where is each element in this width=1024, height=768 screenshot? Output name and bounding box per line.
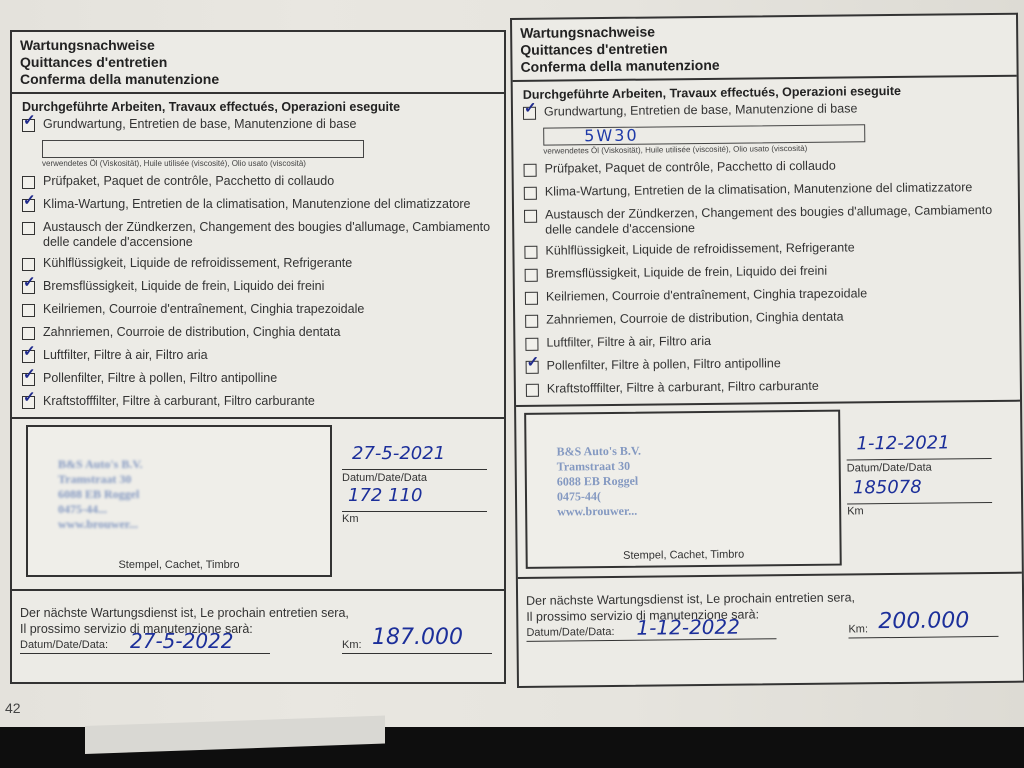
work-item: Keilriemen, Courroie d'entraînement, Cin…	[525, 285, 1019, 305]
work-item: Keilriemen, Courroie d'entraînement, Cin…	[22, 302, 504, 317]
next-km-label: Km:	[848, 623, 868, 635]
checkbox[interactable]	[22, 327, 35, 340]
work-item: Klima-Wartung, Entretien de la climatisa…	[22, 197, 504, 212]
work-item: Zahnriemen, Courroie de distribution, Ci…	[525, 308, 1019, 328]
oil-caption: verwendetes Öl (Viskosität), Huile utili…	[42, 159, 504, 168]
checkbox[interactable]	[22, 222, 35, 235]
dealer-stamp: B&S Auto's B.V.Tramstraat 306088 EB Rogg…	[556, 444, 641, 520]
work-item-label: Pollenfilter, Filtre à pollen, Filtro an…	[547, 356, 781, 373]
checkbox[interactable]	[525, 315, 538, 328]
form-title: Wartungsnachweise Quittances d'entretien…	[512, 15, 1017, 82]
checkbox[interactable]	[523, 107, 536, 120]
work-item-label: Grundwartung, Entretien de base, Manuten…	[43, 117, 356, 132]
work-item-label: Prüfpaket, Paquet de contrôle, Pacchetto…	[545, 159, 836, 177]
work-item-label: Kraftstofffilter, Filtre à carburant, Fi…	[43, 394, 315, 409]
next-date-label: Datum/Date/Data:	[526, 626, 614, 639]
work-item-label: Luftfilter, Filtre à air, Filtro aria	[546, 334, 711, 351]
next-service-section: Der nächste Wartungsdienst ist, Le proch…	[12, 589, 504, 673]
title-fr: Quittances d'entretien	[20, 54, 496, 71]
oil-viscosity-value: 5W30	[584, 126, 639, 146]
next-date-label: Datum/Date/Data:	[20, 639, 108, 651]
form-title: Wartungsnachweise Quittances d'entretien…	[12, 32, 504, 94]
work-item-label: Austausch der Zündkerzen, Changement des…	[545, 203, 1018, 238]
title-de: Wartungsnachweise	[20, 37, 496, 54]
work-item: Bremsflüssigkeit, Liquide de frein, Liqu…	[22, 279, 504, 294]
checkbox[interactable]	[525, 292, 538, 305]
checkbox[interactable]	[22, 373, 35, 386]
checkbox[interactable]	[22, 176, 35, 189]
service-km[interactable]: 172 110	[348, 485, 422, 506]
work-item-label: Kühlflüssigkeit, Liquide de refroidissem…	[545, 240, 854, 258]
maintenance-record-card-1: Wartungsnachweise Quittances d'entretien…	[10, 30, 506, 684]
service-date[interactable]: 1-12-2021	[856, 432, 949, 454]
work-item: Austausch der Zündkerzen, Changement des…	[524, 203, 1018, 238]
work-item: Grundwartung, Entretien de base, Manuten…	[22, 117, 504, 132]
work-item: Kühlflüssigkeit, Liquide de refroidissem…	[22, 256, 504, 271]
work-item: Luftfilter, Filtre à air, Filtro aria	[22, 348, 504, 363]
work-item-label: Klima-Wartung, Entretien de la climatisa…	[545, 180, 973, 199]
next-km-line	[342, 653, 492, 654]
work-item-label: Kühlflüssigkeit, Liquide de refroidissem…	[43, 256, 352, 271]
work-item: Klima-Wartung, Entretien de la climatisa…	[524, 180, 1018, 200]
work-item: Luftfilter, Filtre à air, Filtro aria	[525, 331, 1019, 351]
checkbox[interactable]	[526, 384, 539, 397]
work-item-label: Grundwartung, Entretien de base, Manuten…	[544, 101, 858, 119]
checkbox[interactable]	[526, 361, 539, 374]
work-item-label: Prüfpaket, Paquet de contrôle, Pacchetto…	[43, 174, 334, 189]
checkbox[interactable]	[524, 246, 537, 259]
stamp-box: B&S Auto's B.V.Tramstraat 306088 EB Rogg…	[26, 425, 332, 577]
checkbox[interactable]	[22, 119, 35, 132]
stamp-section: B&S Auto's B.V.Tramstraat 306088 EB Rogg…	[516, 400, 1022, 577]
date-label: Datum/Date/Data	[847, 462, 932, 475]
date-line	[847, 458, 992, 461]
work-item-label: Zahnriemen, Courroie de distribution, Ci…	[546, 310, 844, 328]
date-label: Datum/Date/Data	[342, 472, 427, 484]
checkbox[interactable]	[524, 210, 537, 223]
work-item-label: Luftfilter, Filtre à air, Filtro aria	[43, 348, 208, 363]
checkbox[interactable]	[525, 338, 538, 351]
checkbox[interactable]	[22, 350, 35, 363]
page-number: 42	[5, 700, 21, 716]
work-item-label: Kraftstofffilter, Filtre à carburant, Fi…	[547, 379, 819, 397]
checkbox[interactable]	[524, 187, 537, 200]
work-item: Kraftstofffilter, Filtre à carburant, Fi…	[526, 377, 1020, 397]
work-item-label: Keilriemen, Courroie d'entraînement, Cin…	[546, 286, 867, 304]
next-date-line	[20, 653, 270, 654]
title-it: Conferma della manutenzione	[20, 71, 496, 88]
next-service-km[interactable]: 187.000	[372, 625, 463, 650]
service-km[interactable]: 185078	[853, 477, 922, 499]
next-service-date[interactable]: 27-5-2022	[130, 629, 234, 653]
work-items-list: Grundwartung, Entretien de base, Manuten…	[513, 100, 1020, 397]
work-item: Bremsflüssigkeit, Liquide de frein, Liqu…	[525, 262, 1019, 282]
stamp-section: B&S Auto's B.V.Tramstraat 306088 EB Rogg…	[12, 417, 504, 589]
oil-viscosity-field[interactable]	[42, 140, 364, 158]
work-item: Prüfpaket, Paquet de contrôle, Pacchetto…	[22, 174, 504, 189]
next-km-label: Km:	[342, 639, 362, 651]
work-item-label: Bremsflüssigkeit, Liquide de frein, Liqu…	[546, 264, 828, 282]
work-item: Zahnriemen, Courroie de distribution, Ci…	[22, 325, 504, 340]
next-service-date[interactable]: 1-12-2022	[636, 615, 740, 640]
km-label: Km	[342, 513, 359, 525]
work-item-label: Austausch der Zündkerzen, Changement des…	[43, 220, 504, 250]
work-item-label: Zahnriemen, Courroie de distribution, Ci…	[43, 325, 340, 340]
stamp-box: B&S Auto's B.V.Tramstraat 306088 EB Rogg…	[524, 410, 842, 569]
oil-viscosity-field[interactable]: 5W30	[543, 124, 865, 145]
checkbox[interactable]	[22, 304, 35, 317]
next-km-line	[849, 636, 999, 639]
date-line	[342, 469, 487, 470]
work-items-list: Grundwartung, Entretien de base, Manuten…	[12, 117, 504, 409]
checkbox[interactable]	[22, 396, 35, 409]
work-item: Prüfpaket, Paquet de contrôle, Pacchetto…	[524, 157, 1018, 177]
maintenance-record-card-2: Wartungsnachweise Quittances d'entretien…	[510, 13, 1024, 688]
work-item: Pollenfilter, Filtre à pollen, Filtro an…	[22, 371, 504, 386]
stamp-label: Stempel, Cachet, Timbro	[528, 548, 840, 563]
km-label: Km	[847, 505, 864, 517]
work-item-label: Keilriemen, Courroie d'entraînement, Cin…	[43, 302, 364, 317]
next-service-section: Der nächste Wartungsdienst ist, Le proch…	[518, 572, 1023, 661]
next-service-line1: Der nächste Wartungsdienst ist, Le proch…	[20, 605, 349, 621]
checkbox[interactable]	[525, 269, 538, 282]
work-item-label: Klima-Wartung, Entretien de la climatisa…	[43, 197, 471, 212]
checkbox[interactable]	[22, 258, 35, 271]
checkbox[interactable]	[22, 281, 35, 294]
checkbox[interactable]	[524, 164, 537, 177]
work-item: Austausch der Zündkerzen, Changement des…	[22, 220, 504, 250]
work-item-label: Pollenfilter, Filtre à pollen, Filtro an…	[43, 371, 277, 386]
checkbox[interactable]	[22, 199, 35, 212]
work-item: Kraftstofffilter, Filtre à carburant, Fi…	[22, 394, 504, 409]
dealer-stamp: B&S Auto's B.V.Tramstraat 306088 EB Rogg…	[58, 457, 142, 532]
work-item-label: Bremsflüssigkeit, Liquide de frein, Liqu…	[43, 279, 324, 294]
km-line	[847, 502, 992, 505]
work-item: Kühlflüssigkeit, Liquide de refroidissem…	[524, 239, 1018, 259]
section-title: Durchgeführte Arbeiten, Travaux effectué…	[22, 100, 504, 114]
work-item: Pollenfilter, Filtre à pollen, Filtro an…	[526, 354, 1020, 374]
next-service-km[interactable]: 200.000	[878, 608, 969, 634]
section-title: Durchgeführte Arbeiten, Travaux effectué…	[523, 83, 1017, 102]
service-date[interactable]: 27-5-2021	[352, 443, 445, 464]
km-line	[342, 511, 487, 512]
work-item: Grundwartung, Entretien de base, Manuten…	[523, 100, 1017, 120]
stamp-label: Stempel, Cachet, Timbro	[28, 559, 330, 571]
